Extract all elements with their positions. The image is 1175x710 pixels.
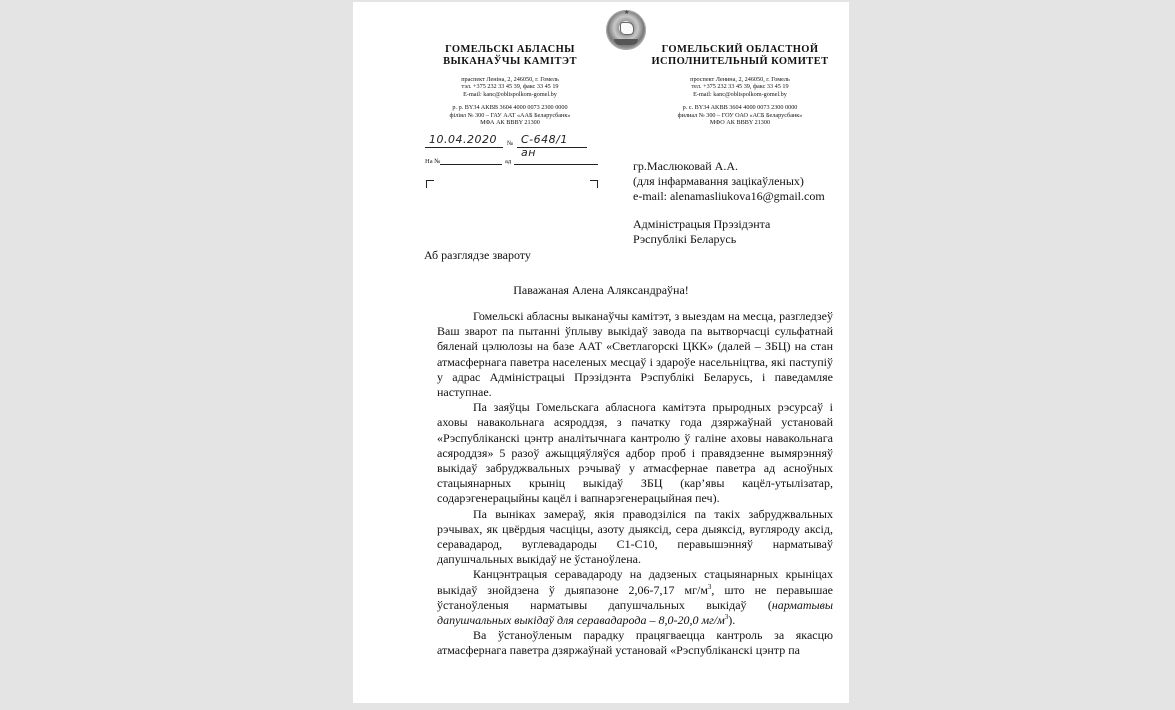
number-underline [517,147,587,148]
salutation: Паважаная Алена Аляксандраўна! [353,283,849,298]
paragraph: Ва ўстаноўленым парадку працягваецца кан… [437,628,833,658]
paragraph: Па заяўцы Гомельскага абласнога камітэта… [437,400,833,506]
letterhead-belarusian: ГОМЕЛЬСКІ АБЛАСНЫ ВЫКАНАЎЧЫ КАМІТЭТ прас… [415,44,605,126]
paragraph: Канцэнтрацыя серавадароду на дадзеных ст… [437,567,833,628]
ribbon-icon [614,39,638,45]
addressee-name: гр.Маслюковай А.А. [633,159,848,174]
map-icon [620,22,634,35]
bank-branch: филиал № 300 – ГОУ ОАО «АСБ Беларусбанк» [645,112,835,119]
org-bank-details: р. р. BY34 AKBB 3604 4000 0073 2300 0000… [415,104,605,126]
addressee-org-line2: Рэспублікі Беларусь [633,232,848,247]
address-corner-mark-left [426,180,434,188]
letterhead-russian: ГОМЕЛЬСКИЙ ОБЛАСТНОЙ ИСПОЛНИТЕЛЬНЫЙ КОМИ… [645,44,835,126]
bank-code: МФА АК BBBY 21300 [415,119,605,126]
coat-of-arms-icon: ★ [606,10,646,50]
letter-subject: Аб разглядзе звароту [424,248,531,263]
letter-body: Гомельскі абласны выканаўчы камітэт, з в… [437,309,833,659]
org-phone: тел. +375 232 33 45 39, факс 33 45 19 [645,83,835,90]
bank-code: МФО АК BBBY 21300 [645,119,835,126]
org-phone: тэл. +375 232 33 45 39, факс 33 45 19 [415,83,605,90]
addressee-email: e-mail: alenamasliukova16@gmail.com [633,189,848,204]
reference-line: На № ад [425,158,601,168]
org-email: E-mail: kanc@oblispolkom-gomel.by [645,91,835,98]
registration-line: 10.04.2020 № С-648/1 ан [425,137,585,149]
registration-number: С-648/1 ан [521,133,585,159]
star-icon: ★ [624,9,629,16]
org-name-line1: ГОМЕЛЬСКИЙ ОБЛАСТНОЙ [645,44,835,56]
text-run: ). [728,613,735,627]
org-name-line2: ИСПОЛНИТЕЛЬНЫЙ КОМИТЕТ [645,56,835,68]
org-contacts: праспект Леніна, 2, 246050, г. Гомель тэ… [415,76,605,98]
bank-account: р. с. BY34 AKBB 3604 4000 0073 2300 0000 [645,104,835,111]
paragraph: Па выніках замераў, якія праводзіліся па… [437,507,833,568]
org-name-line1: ГОМЕЛЬСКІ АБЛАСНЫ [415,44,605,56]
org-bank-details: р. с. BY34 AKBB 3604 4000 0073 2300 0000… [645,104,835,126]
ref-from-label: ад [505,158,511,165]
ref-from-underline [514,164,598,165]
address-corner-mark-right [590,180,598,188]
date-underline [425,147,503,148]
org-contacts: проспект Ленина, 2, 246050, г. Гомель те… [645,76,835,98]
ref-number-label: На № [425,158,440,165]
org-name: ГОМЕЛЬСКИЙ ОБЛАСТНОЙ ИСПОЛНИТЕЛЬНЫЙ КОМИ… [645,44,835,68]
org-name-line2: ВЫКАНАЎЧЫ КАМІТЭТ [415,56,605,68]
ref-number-underline [440,164,502,165]
org-address: проспект Ленина, 2, 246050, г. Гомель [645,76,835,83]
bank-branch: філіял № 300 – ГАУ ААТ «ААБ Беларусбанк» [415,112,605,119]
org-name: ГОМЕЛЬСКІ АБЛАСНЫ ВЫКАНАЎЧЫ КАМІТЭТ [415,44,605,68]
registration-date: 10.04.2020 [429,133,497,146]
org-address: праспект Леніна, 2, 246050, г. Гомель [415,76,605,83]
number-label: № [507,140,513,147]
bank-account: р. р. BY34 AKBB 3604 4000 0073 2300 0000 [415,104,605,111]
addressee-note: (для інфармавання зацікаўленых) [633,174,848,189]
paragraph: Гомельскі абласны выканаўчы камітэт, з в… [437,309,833,400]
addressee-block: гр.Маслюковай А.А. (для інфармавання зац… [633,159,848,247]
letter-page: ★ ГОМЕЛЬСКІ АБЛАСНЫ ВЫКАНАЎЧЫ КАМІТЭТ пр… [353,2,849,703]
org-email: E-mail: kanc@oblispolkom-gomel.by [415,91,605,98]
addressee-org-line1: Адміністрацыя Прэзідэнта [633,217,848,232]
